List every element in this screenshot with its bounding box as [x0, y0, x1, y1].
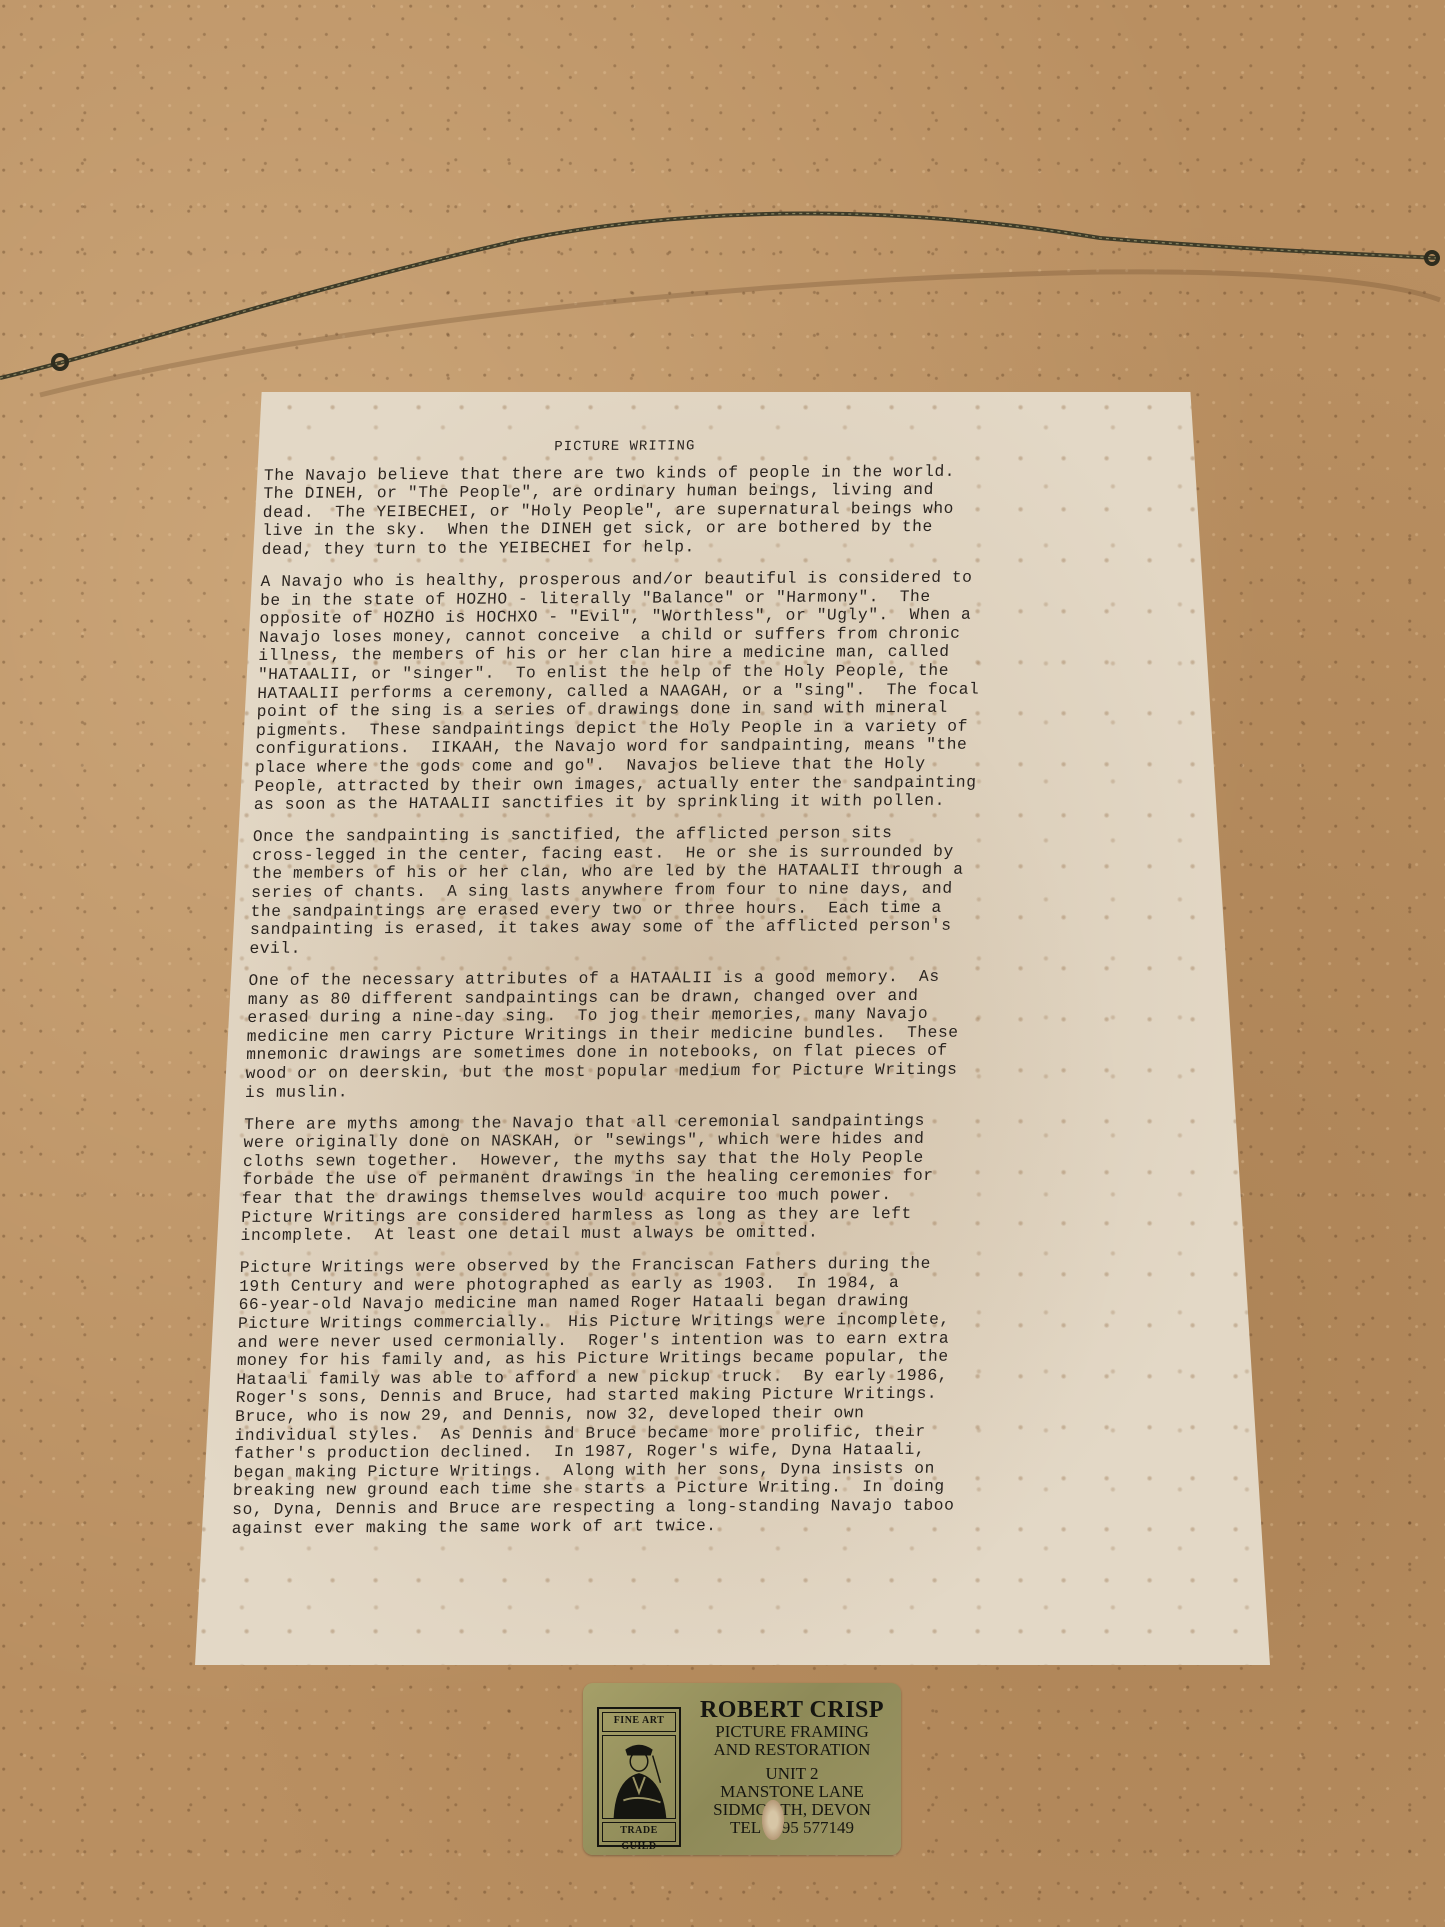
framer-address-3: SIDMOUTH, DEVON [691, 1801, 893, 1819]
logo-top-text: FINE ART [602, 1712, 676, 1732]
text-line: as soon as the HATAALII sanctifies it by… [254, 791, 1135, 815]
document-paragraph: The Navajo believe that there are two ki… [261, 461, 1144, 559]
typewritten-document: PICTURE WRITING The Navajo believe that … [231, 435, 1145, 1552]
document-paragraph: A Navajo who is healthy, prosperous and/… [254, 568, 1142, 815]
hanging-wire [0, 0, 1445, 420]
document-title: PICTURE WRITING [264, 435, 1145, 459]
fine-art-trade-guild-logo: FINE ART TRADE GUILD [597, 1707, 681, 1847]
document-paragraph: Once the sandpainting is sanctified, the… [249, 823, 1133, 959]
framer-details: ROBERT CRISP PICTURE FRAMING AND RESTORA… [691, 1697, 893, 1837]
text-line: incomplete. At least one detail must alw… [240, 1222, 1121, 1246]
framer-label: FINE ART TRADE GUILD ROBERT CRISP PICTUR… [583, 1683, 901, 1855]
framer-address-1: UNIT 2 [691, 1765, 893, 1783]
document-paragraph: There are myths among the Navajo that al… [240, 1110, 1124, 1246]
framer-service-1: PICTURE FRAMING [691, 1723, 893, 1741]
framer-name: ROBERT CRISP [691, 1697, 893, 1723]
framer-phone: TEL 0395 577149 [691, 1819, 893, 1837]
label-tear-damage [762, 1800, 784, 1840]
document-paragraph: Picture Writings were observed by the Fr… [231, 1254, 1120, 1538]
document-paragraph: One of the necessary attributes of a HAT… [245, 967, 1129, 1103]
document-body: The Navajo believe that there are two ki… [231, 461, 1144, 1538]
portrait-of-man-icon [602, 1735, 676, 1819]
logo-bottom-text: TRADE GUILD [602, 1822, 676, 1842]
framer-address-2: MANSTONE LANE [691, 1783, 893, 1801]
framer-service-2: AND RESTORATION [691, 1741, 893, 1759]
